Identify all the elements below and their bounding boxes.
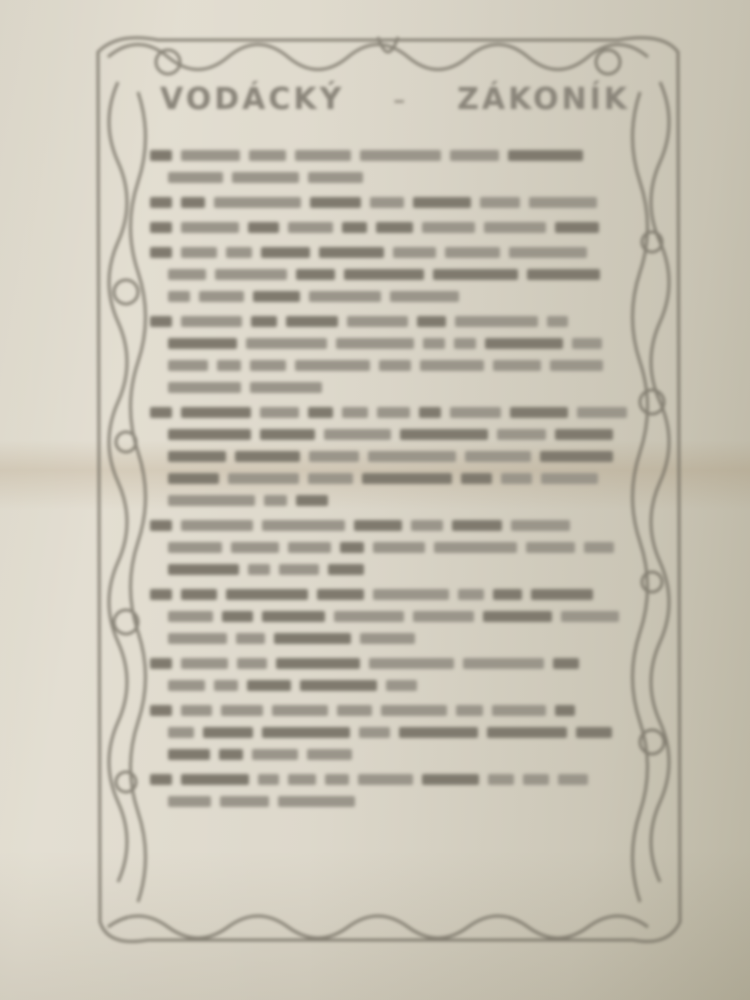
text-line	[150, 222, 640, 233]
text-line	[150, 611, 640, 622]
title-separator: –	[393, 86, 408, 114]
rule-paragraph	[150, 658, 640, 691]
text-line	[150, 564, 640, 575]
rule-paragraph	[150, 589, 640, 644]
text-line	[150, 316, 640, 327]
text-line	[150, 796, 640, 807]
rules-list	[150, 150, 640, 821]
title-word-left: VODÁCKÝ	[160, 82, 344, 117]
text-line	[150, 197, 640, 208]
text-line	[150, 473, 640, 484]
text-line	[150, 172, 640, 183]
text-line	[150, 291, 640, 302]
rule-paragraph	[150, 247, 640, 302]
text-line	[150, 495, 640, 506]
text-line	[150, 382, 640, 393]
text-line	[150, 633, 640, 644]
text-line	[150, 680, 640, 691]
rule-paragraph	[150, 705, 640, 760]
rule-paragraph	[150, 222, 640, 233]
text-line	[150, 705, 640, 716]
text-line	[150, 429, 640, 440]
rule-paragraph	[150, 774, 640, 807]
document-title: VODÁCKÝ – ZÁKONÍK	[160, 82, 630, 117]
text-line	[150, 407, 640, 418]
text-line	[150, 269, 640, 280]
text-line	[150, 247, 640, 258]
text-line	[150, 451, 640, 462]
text-line	[150, 774, 640, 785]
text-line	[150, 658, 640, 669]
text-line	[150, 360, 640, 371]
text-line	[150, 150, 640, 161]
rule-paragraph	[150, 150, 640, 183]
text-line	[150, 727, 640, 738]
text-line	[150, 520, 640, 531]
rule-paragraph	[150, 520, 640, 575]
rule-paragraph	[150, 316, 640, 393]
rule-paragraph	[150, 197, 640, 208]
text-line	[150, 338, 640, 349]
text-line	[150, 542, 640, 553]
title-word-right: ZÁKONÍK	[457, 82, 630, 117]
text-line	[150, 589, 640, 600]
text-line	[150, 749, 640, 760]
rule-paragraph	[150, 407, 640, 506]
